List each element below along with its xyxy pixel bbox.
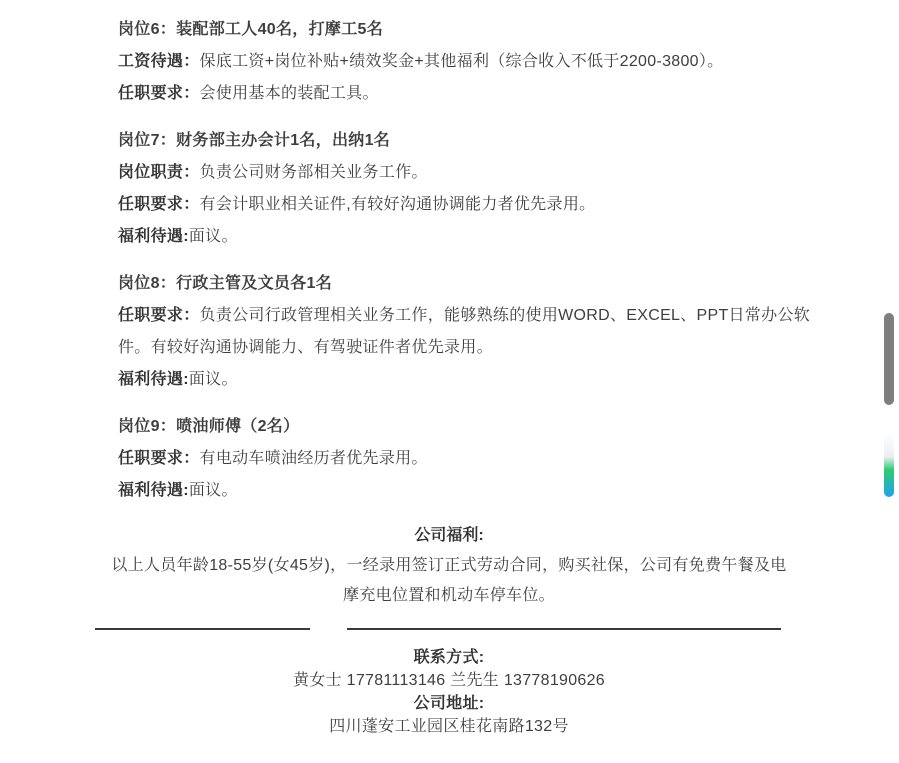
address-heading: 公司地址: [60,692,838,715]
job-line-label: 工资待遇： [118,53,200,70]
job-line-label: 任职要求： [118,307,200,324]
job-line-text: 有会计职业相关证件,有较好沟通协调能力者优先录用。 [200,196,596,213]
scrollbar-thumb[interactable] [884,313,894,405]
job-title: 岗位8：行政主管及文员各1名 [118,268,838,300]
job-line-label: 任职要求： [118,450,200,467]
job-line-text: 有电动车喷油经历者优先录用。 [200,450,428,467]
job-line: 任职要求：负责公司行政管理相关业务工作，能够熟练的使用WORD、EXCEL、PP… [118,300,838,364]
job-section-7: 岗位7：财务部主办会计1名，出纳1名 岗位职责：负责公司财务部相关业务工作。 任… [118,125,838,253]
contact-heading: 联系方式: [60,646,838,669]
job-line-text: 会使用基本的装配工具。 [200,85,379,102]
job-line-label: 岗位职责： [118,164,200,181]
job-line-text: 面议。 [189,228,238,245]
job-line-label: 任职要求： [118,196,200,213]
contact-block: 联系方式: 黄女士 17781113146 兰先生 13778190626 公司… [60,646,838,738]
divider-right-segment [347,628,781,630]
job-section-6: 岗位6：装配部工人40名，打摩工5名 工资待遇：保底工资+岗位补贴+绩效奖金+其… [118,14,838,110]
address-text: 四川蓬安工业园区桂花南路132号 [60,715,838,738]
job-title: 岗位9：喷油师傅（2名） [118,411,838,443]
section-divider [95,628,781,630]
job-line-text: 面议。 [189,371,238,388]
side-gradient-widget[interactable] [884,432,894,497]
job-line-label: 任职要求： [118,85,200,102]
job-line: 任职要求：有电动车喷油经历者优先录用。 [118,443,838,475]
job-line: 福利待遇:面议。 [118,475,838,507]
job-section-9: 岗位9：喷油师傅（2名） 任职要求：有电动车喷油经历者优先录用。 福利待遇:面议… [118,411,838,507]
job-line-label: 福利待遇: [118,228,189,245]
company-benefits-block: 公司福利: 以上人员年龄18-55岁(女45岁)，一经录用签订正式劳动合同，购买… [60,521,838,611]
job-posting-document: 岗位6：装配部工人40名，打摩工5名 工资待遇：保底工资+岗位补贴+绩效奖金+其… [0,0,899,763]
job-line-text: 保底工资+岗位补贴+绩效奖金+其他福利（综合收入不低于2200-3800）。 [200,53,724,70]
job-title: 岗位6：装配部工人40名，打摩工5名 [118,14,838,46]
divider-left-segment [95,628,310,630]
job-line: 福利待遇:面议。 [118,221,838,253]
job-line: 福利待遇:面议。 [118,364,838,396]
job-line-label: 福利待遇: [118,482,189,499]
job-line-text: 负责公司行政管理相关业务工作，能够熟练的使用WORD、EXCEL、PPT日常办公… [118,307,810,356]
job-title: 岗位7：财务部主办会计1名，出纳1名 [118,125,838,157]
job-section-8: 岗位8：行政主管及文员各1名 任职要求：负责公司行政管理相关业务工作，能够熟练的… [118,268,838,396]
job-line: 任职要求：会使用基本的装配工具。 [118,78,838,110]
contact-phones: 黄女士 17781113146 兰先生 13778190626 [60,669,838,692]
company-benefits-text: 以上人员年龄18-55岁(女45岁)，一经录用签订正式劳动合同，购买社保，公司有… [110,551,788,611]
job-line: 工资待遇：保底工资+岗位补贴+绩效奖金+其他福利（综合收入不低于2200-380… [118,46,838,78]
job-line: 任职要求：有会计职业相关证件,有较好沟通协调能力者优先录用。 [118,189,838,221]
job-line-text: 负责公司财务部相关业务工作。 [200,164,428,181]
job-line-label: 福利待遇: [118,371,189,388]
company-benefits-heading: 公司福利: [60,521,838,551]
job-line: 岗位职责：负责公司财务部相关业务工作。 [118,157,838,189]
job-line-text: 面议。 [189,482,238,499]
job-sections: 岗位6：装配部工人40名，打摩工5名 工资待遇：保底工资+岗位补贴+绩效奖金+其… [118,0,838,507]
